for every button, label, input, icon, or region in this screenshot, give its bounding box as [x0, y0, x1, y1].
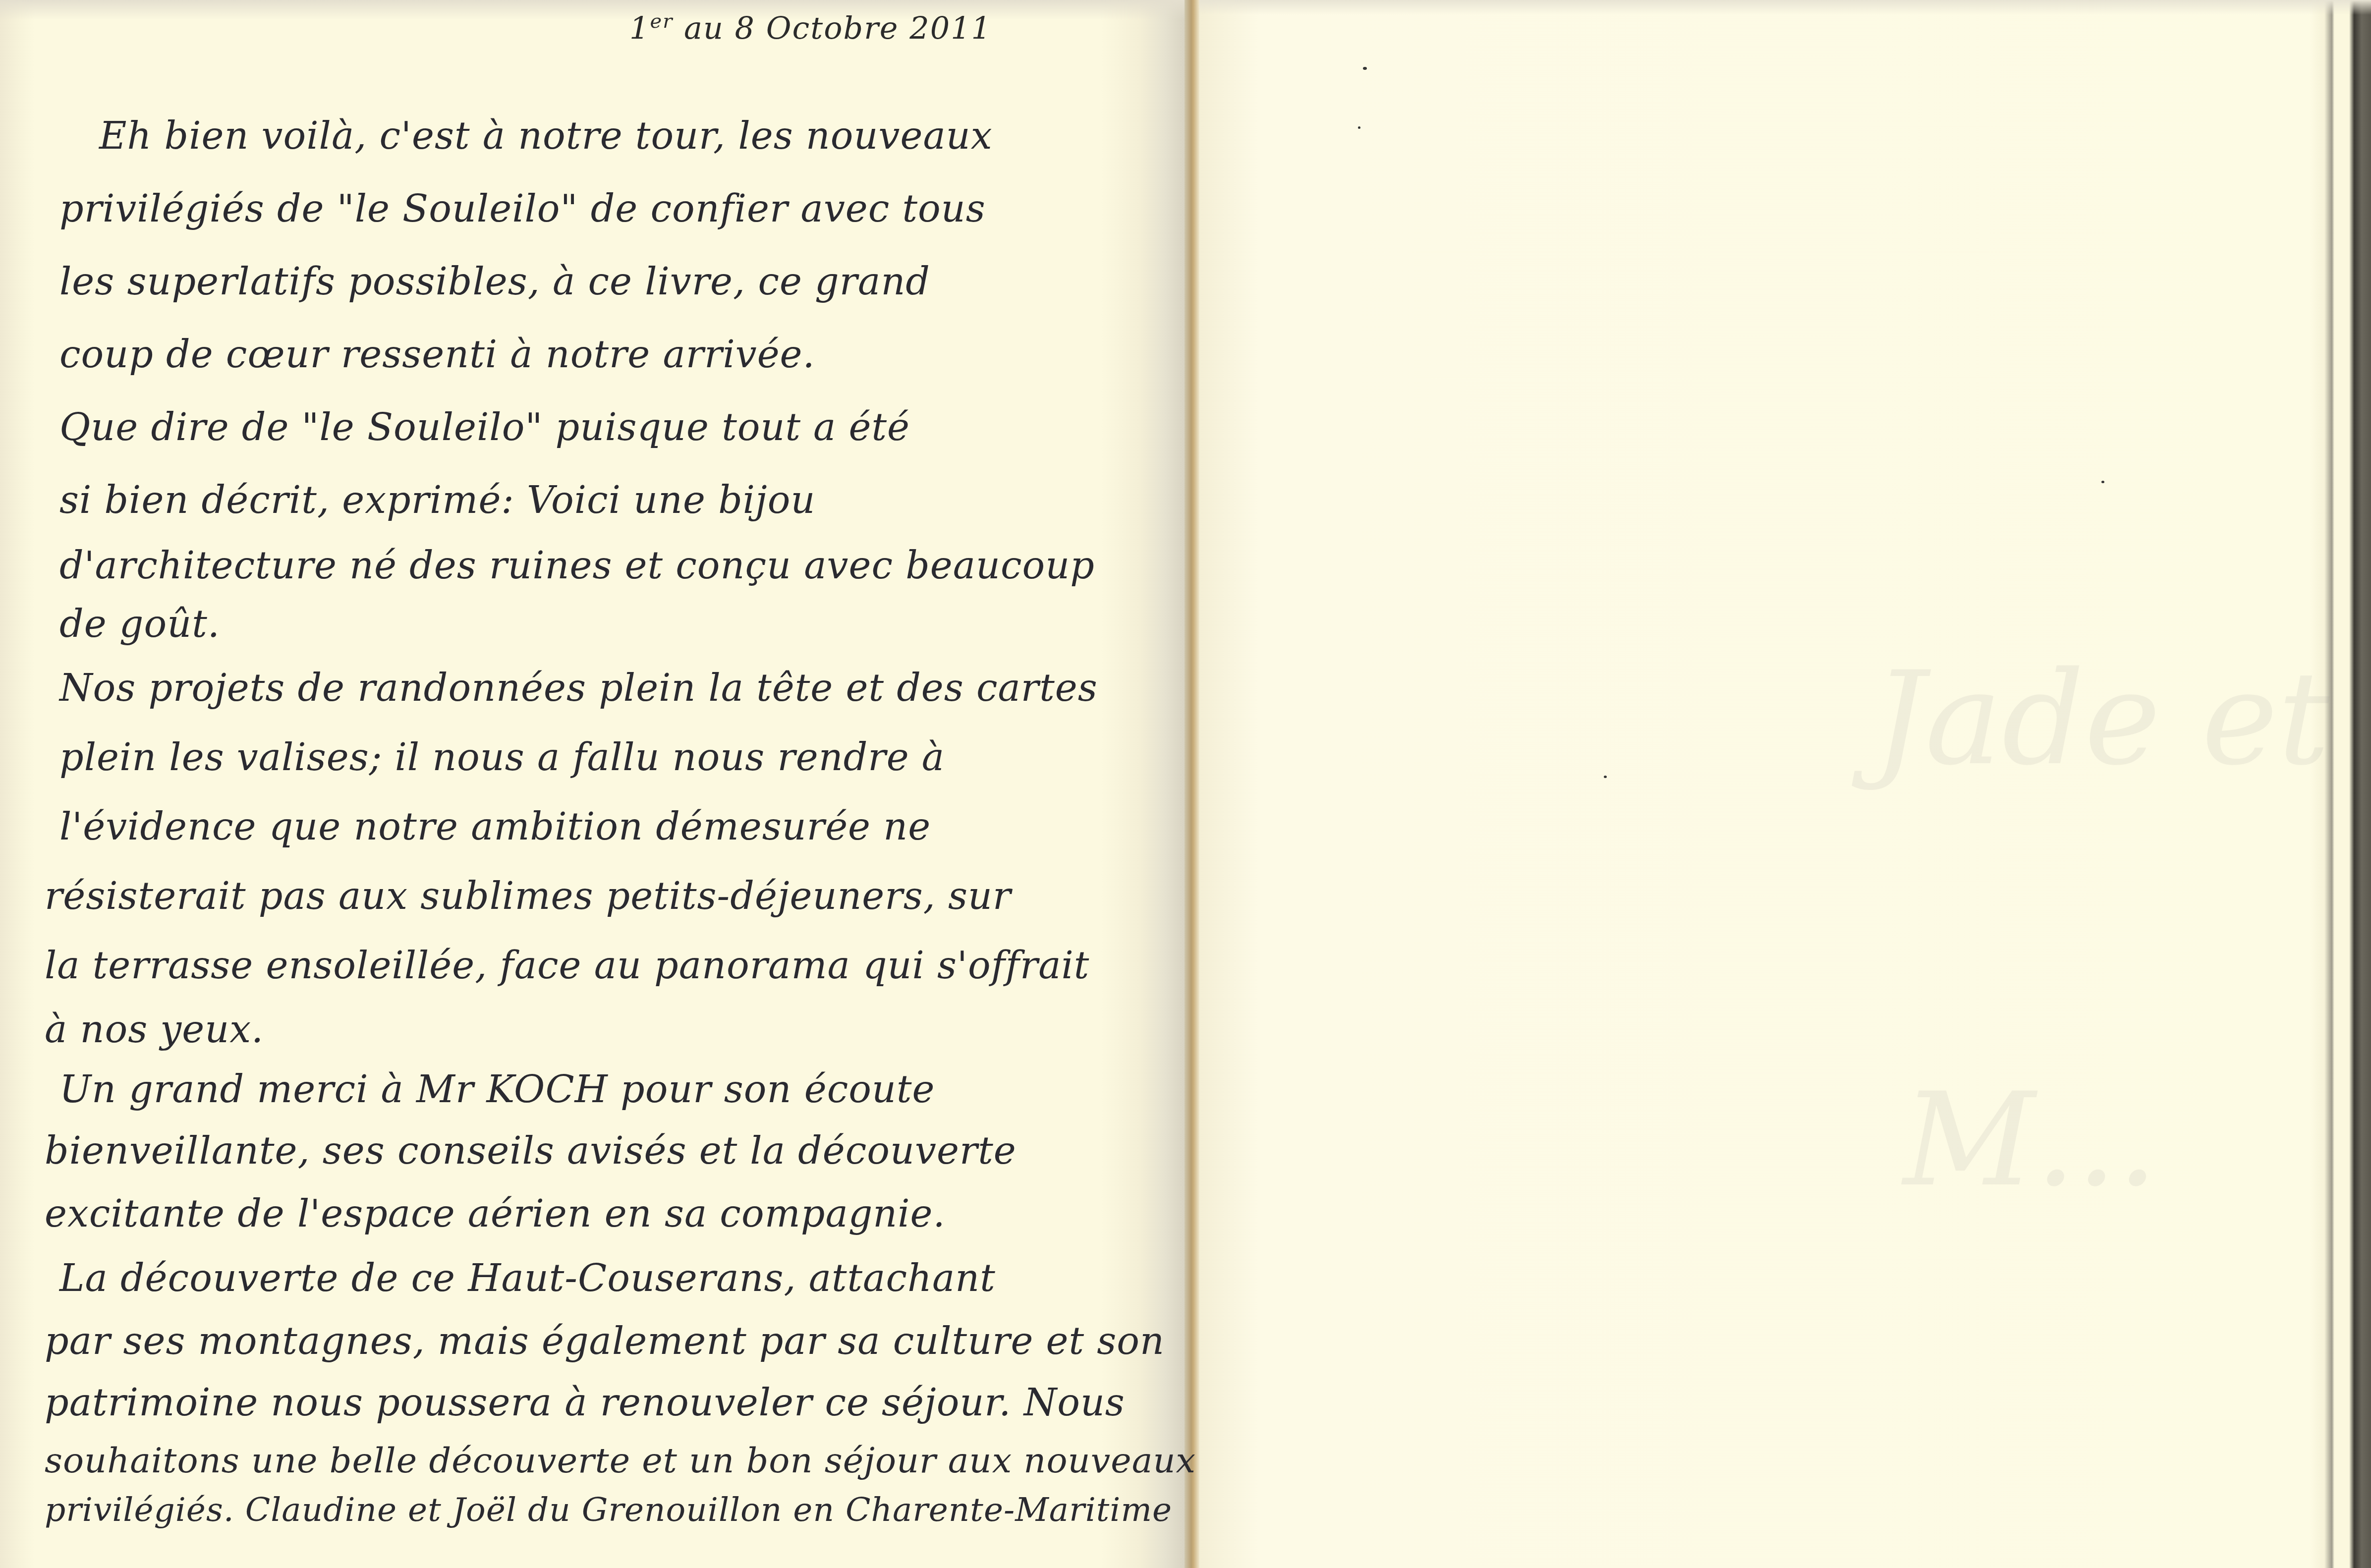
guestbook-spread: 1er au 8 Octobre 2011 Eh bien voilà, c'e…: [0, 0, 2371, 1568]
entry-line: résisterait pas aux sublimes petits-déje…: [45, 861, 1170, 931]
book-gutter: [1185, 0, 1199, 1568]
date-range: au 8 Octobre 2011: [684, 10, 992, 46]
entry-line: bienveillante, ses conseils avisés et la…: [45, 1120, 1170, 1181]
entry-line: Que dire de "le Souleilo" puisque tout a…: [59, 391, 1170, 463]
right-page: Jade et ... M...: [1199, 0, 2371, 1568]
entry-line: souhaitons une belle découverte et un bo…: [45, 1433, 1170, 1488]
entry-line: de goût.: [59, 595, 1170, 653]
entry-line: excitante de l'espace aérien en sa compa…: [45, 1181, 1170, 1246]
entry-line: patrimoine nous poussera à renouveler ce…: [45, 1372, 1170, 1433]
entry-line: Nos projets de randonnées plein la tête …: [59, 653, 1170, 723]
entry-date: 1er au 8 Octobre 2011: [629, 10, 992, 46]
left-page: 1er au 8 Octobre 2011 Eh bien voilà, c'e…: [0, 0, 1185, 1568]
entry-line: par ses montagnes, mais également par sa…: [45, 1310, 1170, 1372]
entry-line: les superlatifs possibles, à ce livre, c…: [59, 245, 1170, 318]
entry-line: plein les valises; il nous a fallu nous …: [59, 723, 1170, 792]
entry-line: si bien décrit, exprimé: Voici une bijou: [59, 463, 1170, 536]
entry-line: Un grand merci à Mr KOCH pour son écoute: [59, 1059, 1170, 1120]
date-ordinal: er: [650, 10, 673, 33]
show-through-text: M...: [1903, 1065, 2158, 1215]
date-day: 1: [629, 10, 650, 46]
entry-line: l'évidence que notre ambition démesurée …: [59, 792, 1170, 861]
entry-line: la terrasse ensoleillée, face au panoram…: [45, 931, 1170, 1000]
entry-line: coup de cœur ressenti à notre arrivée.: [59, 318, 1170, 391]
entry-line: à nos yeux.: [45, 1000, 1170, 1059]
entry-line: privilégiés de "le Souleilo" de confier …: [59, 172, 1170, 245]
entry-line: d'architecture né des ruines et conçu av…: [59, 536, 1170, 595]
handwritten-entry: Eh bien voilà, c'est à notre tour, les n…: [59, 99, 1170, 1532]
entry-line: La découverte de ce Haut-Couserans, atta…: [59, 1246, 1170, 1310]
entry-line: Eh bien voilà, c'est à notre tour, les n…: [59, 99, 1170, 172]
entry-line: privilégiés. Claudine et Joël du Grenoui…: [45, 1488, 1170, 1532]
show-through-text: Jade et ...: [1873, 644, 2371, 794]
